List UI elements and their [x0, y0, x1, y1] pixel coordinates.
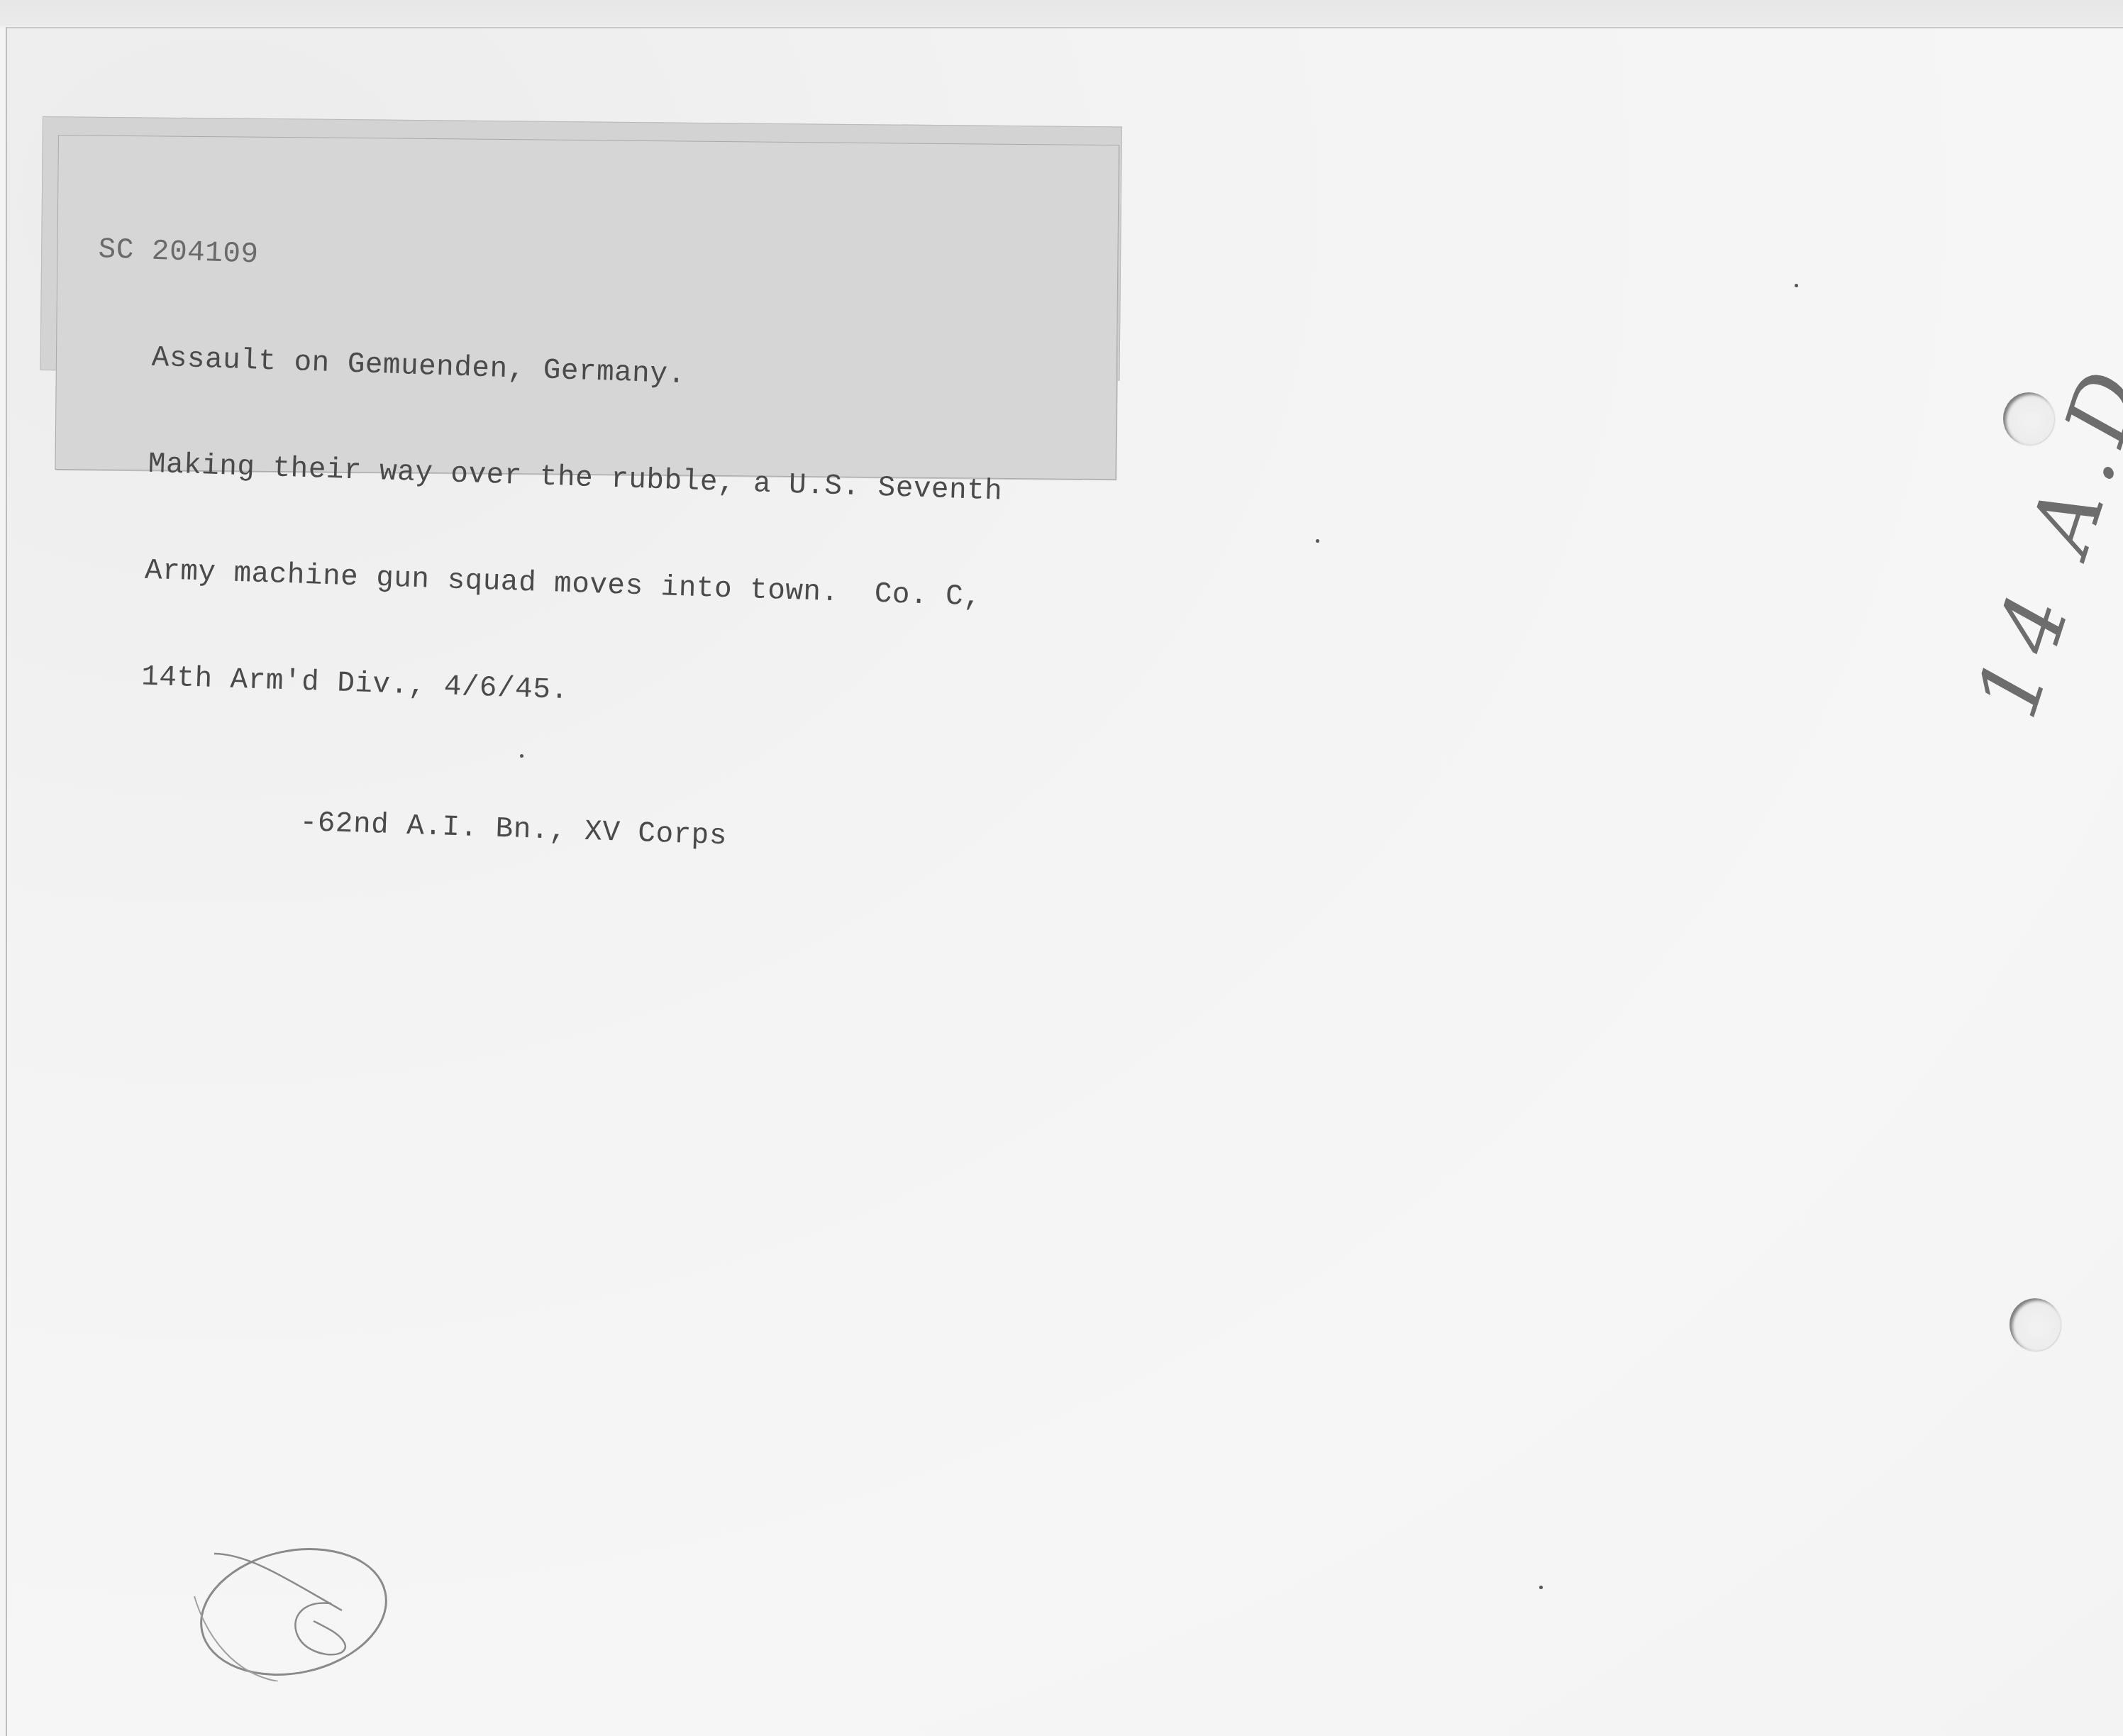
circle-annotation-icon [186, 1532, 399, 1681]
caption-label: SC 204109 Assault on Gemuenden, Germany.… [55, 135, 1119, 480]
photo-id: SC 204109 [98, 232, 1010, 297]
caption-line: Making their way over the rubble, a U.S.… [98, 445, 1003, 509]
caption-credit: -62nd A.I. Bn., XV Corps [87, 798, 992, 863]
punch-hole-bottom [2010, 1298, 2061, 1351]
stray-mark [520, 754, 523, 758]
caption-title: Assault on Gemuenden, Germany. [101, 339, 1007, 404]
scanned-page: SC 204109 Assault on Gemuenden, Germany.… [0, 0, 2123, 1736]
stray-mark [1795, 284, 1798, 287]
stray-mark [1539, 1586, 1543, 1589]
circled-number-mark [186, 1532, 399, 1681]
caption-line: Army machine gun squad moves into town. … [94, 551, 999, 616]
caption-line: 14th Arm'd Div., 4/6/45. [91, 658, 996, 722]
caption-text-block: SC 204109 Assault on Gemuenden, Germany.… [84, 162, 1012, 934]
stray-mark [1316, 539, 1319, 543]
